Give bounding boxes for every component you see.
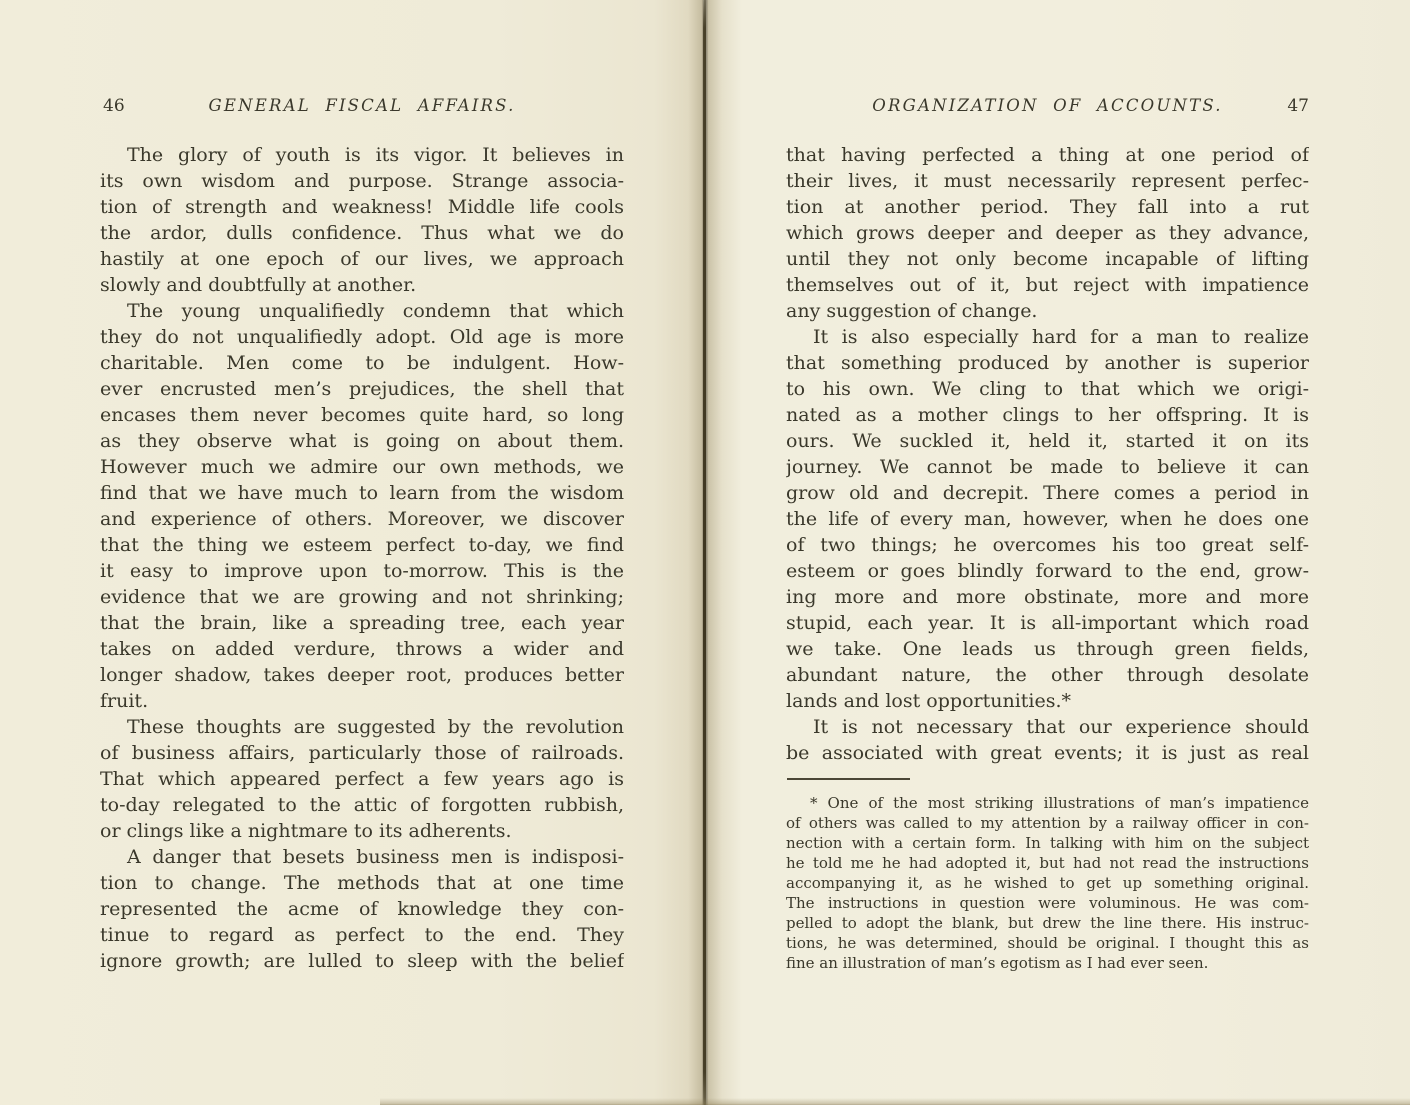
text-line: longer shadow, takes deeper root, produc… [100,662,624,688]
text-line: to-day relegated to the attic of forgott… [100,792,624,818]
footnote-rule [787,778,910,780]
text-line: or clings like a nightmare to its adhere… [100,818,624,844]
text-line: accompanying it, as he wished to get up … [786,873,1309,893]
text-line: any suggestion of change. [786,298,1309,324]
text-line: encases them never becomes quite hard, s… [100,402,624,428]
text-line: that something produced by another is su… [786,350,1309,376]
text-line: The instructions in question were volumi… [786,893,1309,913]
text-line: tion to change. The methods that at one … [100,870,624,896]
text-line: find that we have much to learn from the… [100,480,624,506]
text-line: that the thing we esteem perfect to-day,… [100,532,624,558]
text-line: to his own. We cling to that which we or… [786,376,1309,402]
text-line: tion at another period. They fall into a… [786,194,1309,220]
text-line: charitable. Men come to be indulgent. Ho… [100,350,624,376]
text-line: it easy to improve upon to-morrow. This … [100,558,624,584]
text-line: of two things; he overcomes his too grea… [786,532,1309,558]
text-line: nated as a mother clings to her offsprin… [786,402,1309,428]
paragraph: These thoughts are suggested by the revo… [100,714,624,844]
paragraph: that having perfected a thing at one per… [786,142,1309,324]
text-line: ing more and more obstinate, more and mo… [786,584,1309,610]
text-line: its own wisdom and purpose. Strange asso… [100,168,624,194]
text-line: themselves out of it, but reject with im… [786,272,1309,298]
paragraph: The glory of youth is its vigor. It beli… [100,142,624,298]
text-line: pelled to adopt the blank, but drew the … [786,913,1309,933]
text-line: slowly and doubtfully at another. [100,272,624,298]
text-line: tions, he was determined, should be orig… [786,933,1309,953]
text-line: evidence that we are growing and not shr… [100,584,624,610]
footnote: * One of the most striking illustrations… [786,793,1309,973]
text-line: which grows deeper and deeper as they ad… [786,220,1309,246]
text-line: we take. One leads us through green fiel… [786,636,1309,662]
text-line: their lives, it must necessarily represe… [786,168,1309,194]
text-line: The glory of youth is its vigor. It beli… [100,142,624,168]
text-line: the ardor, dulls confidence. Thus what w… [100,220,624,246]
text-line: and experience of others. Moreover, we d… [100,506,624,532]
text-line: of others was called to my attention by … [786,813,1309,833]
text-line: ignore growth; are lulled to sleep with … [100,948,624,974]
text-line: he told me he had adopted it, but had no… [786,853,1309,873]
text-line: lands and lost opportunities.* [786,688,1309,714]
text-line: fine an illustration of man’s egotism as… [786,953,1309,973]
book-spread: 46 GENERAL FISCAL AFFAIRS. The glory of … [0,0,1410,1105]
text-line: the life of every man, however, when he … [786,506,1309,532]
paragraph: A danger that besets business men is ind… [100,844,624,974]
text-line: they do not unqualifiedly adopt. Old age… [100,324,624,350]
text-line: These thoughts are suggested by the revo… [100,714,624,740]
text-line: be associated with great events; it is j… [786,740,1309,766]
text-line: as they observe what is going on about t… [100,428,624,454]
text-line: fruit. [100,688,624,714]
text-line: tinue to regard as perfect to the end. T… [100,922,624,948]
text-line: The young unqualifiedly condemn that whi… [100,298,624,324]
text-line: ever encrusted men’s prejudices, the she… [100,376,624,402]
text-line: tion of strength and weakness! Middle li… [100,194,624,220]
paragraph: The young unqualifiedly condemn that whi… [100,298,624,714]
paragraph: * One of the most striking illustrations… [786,793,1309,973]
page-number-right: 47 [786,95,1309,117]
text-line: nection with a certain form. In talking … [786,833,1309,853]
text-line: of business affairs, particularly those … [100,740,624,766]
text-line: * One of the most striking illustrations… [786,793,1309,813]
page-bottom-edge [380,1098,1410,1105]
text-line: It is not necessary that our experience … [786,714,1309,740]
text-line: stupid, each year. It is all-important w… [786,610,1309,636]
text-line: grow old and decrepit. There comes a per… [786,480,1309,506]
text-line: However much we admire our own methods, … [100,454,624,480]
text-line: that having perfected a thing at one per… [786,142,1309,168]
text-line: abundant nature, the other through desol… [786,662,1309,688]
running-header-left: GENERAL FISCAL AFFAIRS. [100,95,624,117]
text-line: ours. We suckled it, held it, started it… [786,428,1309,454]
text-line: esteem or goes blindly forward to the en… [786,558,1309,584]
left-page-body-text: The glory of youth is its vigor. It beli… [100,142,624,974]
text-line: It is also especially hard for a man to … [786,324,1309,350]
text-line: journey. We cannot be made to believe it… [786,454,1309,480]
text-line: takes on added verdure, throws a wider a… [100,636,624,662]
paragraph: It is also especially hard for a man to … [786,324,1309,714]
text-line: hastily at one epoch of our lives, we ap… [100,246,624,272]
text-line: represented the acme of knowledge they c… [100,896,624,922]
text-line: That which appeared perfect a few years … [100,766,624,792]
text-line: until they not only become incapable of … [786,246,1309,272]
right-page-body-text: that having perfected a thing at one per… [786,142,1309,766]
text-line: that the brain, like a spreading tree, e… [100,610,624,636]
paragraph: It is not necessary that our experience … [786,714,1309,766]
book-gutter [703,0,706,1105]
text-line: A danger that besets business men is ind… [100,844,624,870]
